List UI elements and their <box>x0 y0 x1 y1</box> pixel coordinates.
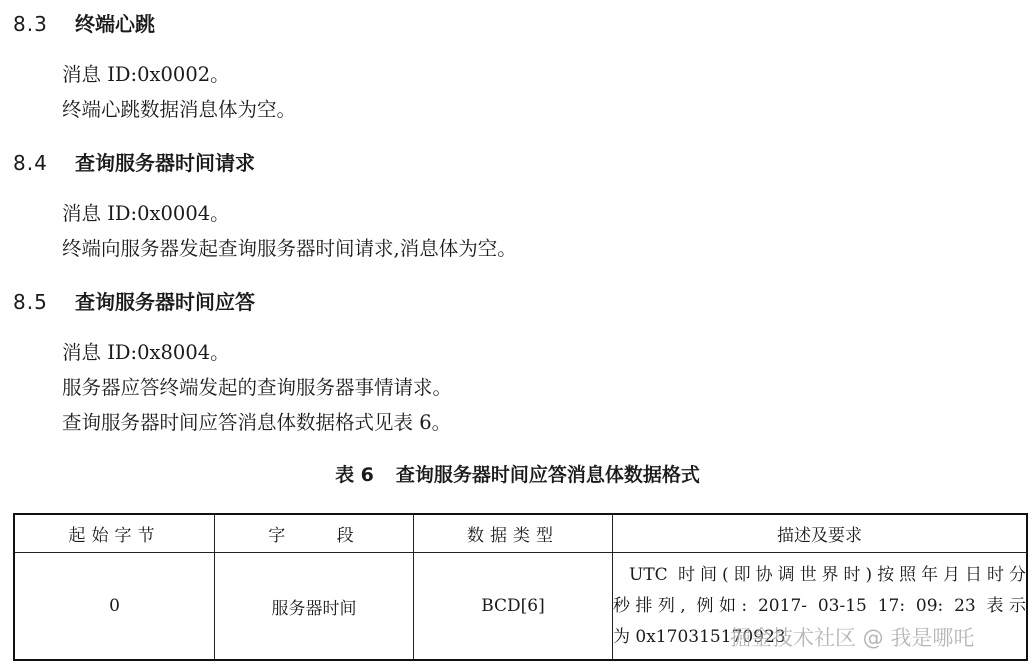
section-number: 8.3 <box>13 12 75 36</box>
section-number: 8.4 <box>13 151 75 175</box>
paragraph: 终端心跳数据消息体为空。 <box>62 97 296 123</box>
section-heading-8-3: 8.3终端心跳 <box>13 12 155 36</box>
section-title: 查询服务器时间应答 <box>75 290 255 314</box>
table-caption: 表 6查询服务器时间应答消息体数据格式 <box>0 462 1035 488</box>
table-header-row: 起始字节 字 段 数据类型 描述及要求 <box>14 514 1027 553</box>
section-heading-8-4: 8.4查询服务器时间请求 <box>13 151 255 175</box>
description-line: UTC 时间(即协调世界时)按照年月日时分 <box>613 560 1026 591</box>
watermark: 掘金技术社区 @ 我是哪吒 <box>730 622 974 652</box>
section-number: 8.5 <box>13 290 75 314</box>
cell-start-byte: 0 <box>14 553 215 661</box>
table-number: 表 6 <box>335 464 374 486</box>
paragraph: 服务器应答终端发起的查询服务器事情请求。 <box>62 375 452 401</box>
header-start-byte: 起始字节 <box>14 514 215 553</box>
paragraph: 查询服务器时间应答消息体数据格式见表 6。 <box>62 410 451 436</box>
paragraph: 终端向服务器发起查询服务器时间请求,消息体为空。 <box>62 236 517 262</box>
header-field: 字 段 <box>215 514 414 553</box>
section-heading-8-5: 8.5查询服务器时间应答 <box>13 290 255 314</box>
section-title: 终端心跳 <box>75 12 155 36</box>
cell-field: 服务器时间 <box>215 553 414 661</box>
paragraph: 消息 ID:0x0004。 <box>62 201 230 227</box>
section-title: 查询服务器时间请求 <box>75 151 255 175</box>
paragraph: 消息 ID:0x0002。 <box>62 62 230 88</box>
cell-data-type: BCD[6] <box>414 553 613 661</box>
paragraph: 消息 ID:0x8004。 <box>62 340 230 366</box>
header-description: 描述及要求 <box>613 514 1028 553</box>
table-title: 查询服务器时间应答消息体数据格式 <box>396 464 700 486</box>
description-line: 秒排列, 例如: 2017- 03-15 17: 09: 23 表示 <box>613 591 1026 622</box>
header-data-type: 数据类型 <box>414 514 613 553</box>
